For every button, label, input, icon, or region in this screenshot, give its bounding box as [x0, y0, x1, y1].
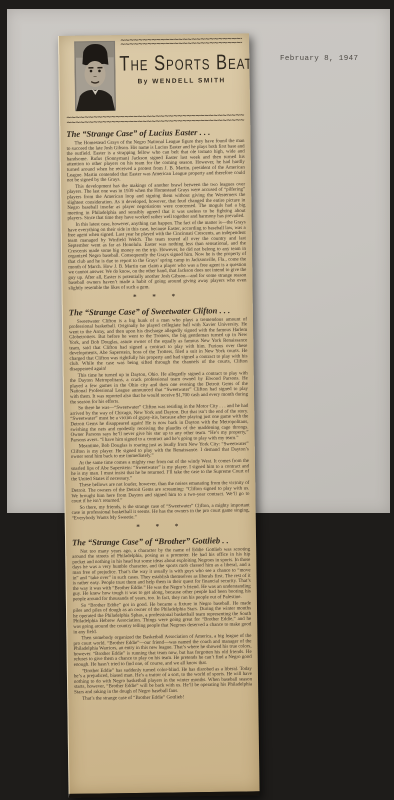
paragraph: Meantime, Bob Douglas is roaring just as…	[71, 442, 249, 460]
section-heading: The “Strange Case” of Lucius Easter . . …	[66, 127, 244, 139]
column-title: The Sports Beat	[119, 51, 243, 74]
paragraph: This development has the makings of anot…	[67, 182, 246, 222]
paragraph: So “Brother Eddie” got in good. He becam…	[73, 601, 251, 635]
star-separator-icon: * * *	[72, 521, 250, 533]
section-gottlieb: The “Strange Case” of “Brother” Gottlieb…	[72, 535, 252, 701]
section-heading: The “Strange Case” of Sweetwater Clifton…	[69, 305, 247, 317]
paragraph: In this latest case, however, anything c…	[68, 220, 247, 291]
paragraph: So there he was—“Sweetwater” Clifton was…	[70, 403, 249, 443]
paragraph: Then somebody organized the Basketball A…	[73, 633, 251, 667]
paragraph: These bellows are not louder, however, t…	[71, 481, 249, 505]
newspaper-clipping: ~~~~~~~~~~~~~~~~~~~~~~~~~~~~~~~~~~~~~~~~…	[58, 33, 260, 798]
column-byline: By WENDELL SMITH	[120, 76, 244, 85]
paragraph: Sweetwater Clifton is a big hunk of a ma…	[69, 317, 248, 372]
clipping-content: ~~~~~~~~~~~~~~~~~~~~~~~~~~~~~~~~~~~~~~~~…	[59, 33, 258, 705]
wavy-rule-icon: ~~~~~~~~~~~~~~~~~~~~~~~~~~~~~~~~~~~~~~~~…	[120, 41, 242, 47]
portrait-photo-icon	[74, 41, 116, 112]
typed-date: February 8, 1947	[280, 55, 358, 63]
masthead: ~~~~~~~~~~~~~~~~~~~~~~~~~~~~~~~~~~~~~~~~…	[65, 37, 244, 114]
wendell-smith-photo	[74, 41, 116, 114]
paragraph: At the same time comes a mighty roar fro…	[71, 458, 249, 482]
masthead-title-block: ~~~~~~~~~~~~~~~~~~~~~~~~~~~~~~~~~~~~~~~~…	[119, 37, 244, 113]
section-clifton: The “Strange Case” of Sweetwater Clifton…	[69, 305, 250, 521]
star-separator-icon: * * *	[69, 291, 247, 303]
paragraph: The Homestead Grays of the Negro Nationa…	[66, 138, 245, 183]
paragraph: Not too many years ago, a character by t…	[72, 547, 251, 602]
section-heading: The “Strange Case” of “Brother” Gottlieb…	[72, 535, 250, 547]
section-easter: The “Strange Case” of Lucius Easter . . …	[66, 127, 246, 291]
closing-line: That’s the strange case of “Brother Eddi…	[74, 694, 252, 702]
paragraph: This time he turned up in Dayton, Ohio. …	[70, 371, 248, 405]
paragraph: So there, my friends, is the strange cas…	[72, 503, 250, 521]
paragraph: “Brother Eddie” has suddenly turned colo…	[74, 666, 252, 695]
